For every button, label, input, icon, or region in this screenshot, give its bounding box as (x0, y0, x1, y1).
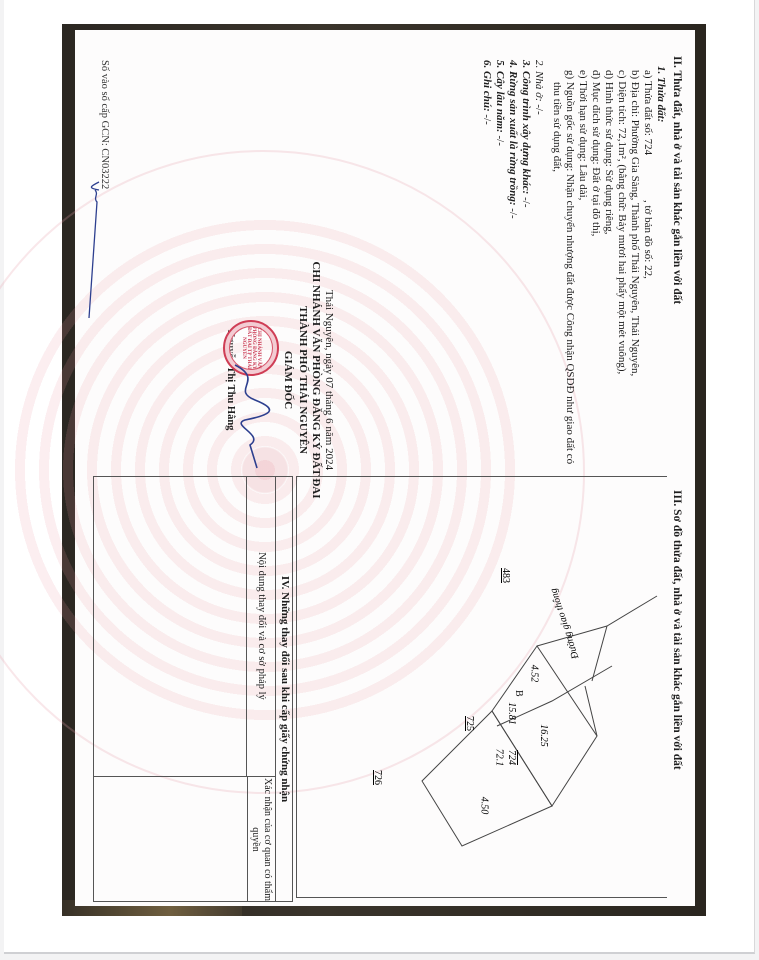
signature-icon (225, 360, 275, 470)
signature-block: Thái Nguyên, ngày 07 tháng 6 năm 2024 CH… (224, 260, 335, 500)
usage-form: d) Hình thức sử dụng: Sử dụng riêng, (602, 70, 615, 235)
section-3-title: III. Sơ đồ thửa đất, nhà ở và tài sản kh… (671, 490, 683, 770)
signing-date: Thái Nguyên, ngày 07 tháng 6 năm 2024 (322, 260, 335, 500)
certificate-page: II. Thửa đất, nhà ở và tài sản khác gắn … (75, 30, 695, 906)
issuing-office: CHI NHÁNH VĂN PHÒNG ĐĂNG KÝ ĐẤT ĐAI (309, 260, 322, 500)
usage-origin-cont: thu tiền sử dụng đất, (550, 82, 563, 172)
signer-title: GIÁM ĐỐC (281, 260, 294, 500)
item-other-construction: 3. Công trình xây dựng khác: -/- (519, 60, 532, 207)
usage-origin: g) Nguồn gốc sử dụng: Nhận chuyển nhượng… (563, 70, 576, 464)
usage-purpose: đ) Mục đích sử dụng: Đất ở tại đô thị, (589, 70, 602, 236)
item-perennial-trees: 5. Cây lâu năm: -/- (493, 60, 506, 146)
parcel-area: c) Diện tích: 72,1m², (bằng chữ: Bảy mươ… (615, 70, 628, 374)
parcel-map (297, 476, 667, 896)
changes-table: IV. Những thay đổi sau khi cấp giấy chứn… (93, 476, 293, 902)
item-house: 2. Nhà ở: -/- (532, 60, 545, 115)
registration-number: Số vào sổ cấp GCN: CN03222 (99, 60, 110, 189)
item-notes: 6. Ghi chú: -/- (480, 60, 493, 125)
parcel-number: a) Thửa đất số: 724 (641, 70, 654, 155)
section-4-title: IV. Những thay đổi sau khi cấp giấy chứn… (275, 476, 293, 902)
column-change-content: Nội dung thay đổi và cơ sở pháp lý (246, 476, 275, 777)
section-2-title: II. Thửa đất, nhà ở và tài sản khác gắn … (671, 56, 683, 486)
item-production-forest: 4. Rừng sản xuất là rừng trồng: -/- (506, 60, 519, 219)
column-authority-confirmation: Xác nhận của cơ quan có thẩm quyền (247, 777, 275, 902)
column-divider (93, 776, 247, 777)
parcel-address: b) Địa chỉ: Phường Gia Sàng, Thành phố T… (628, 70, 641, 376)
usage-term: e) Thời hạn sử dụng: Lâu dài, (576, 70, 589, 200)
land-heading: 1. Thửa đất: (654, 66, 667, 122)
map-sheet-number: , tờ bản đồ số: 22, (641, 200, 654, 279)
issuing-office-city: THÀNH PHỐ THÁI NGUYÊN (296, 260, 309, 500)
initials-icon (79, 180, 105, 320)
north-marker: B (512, 690, 525, 697)
